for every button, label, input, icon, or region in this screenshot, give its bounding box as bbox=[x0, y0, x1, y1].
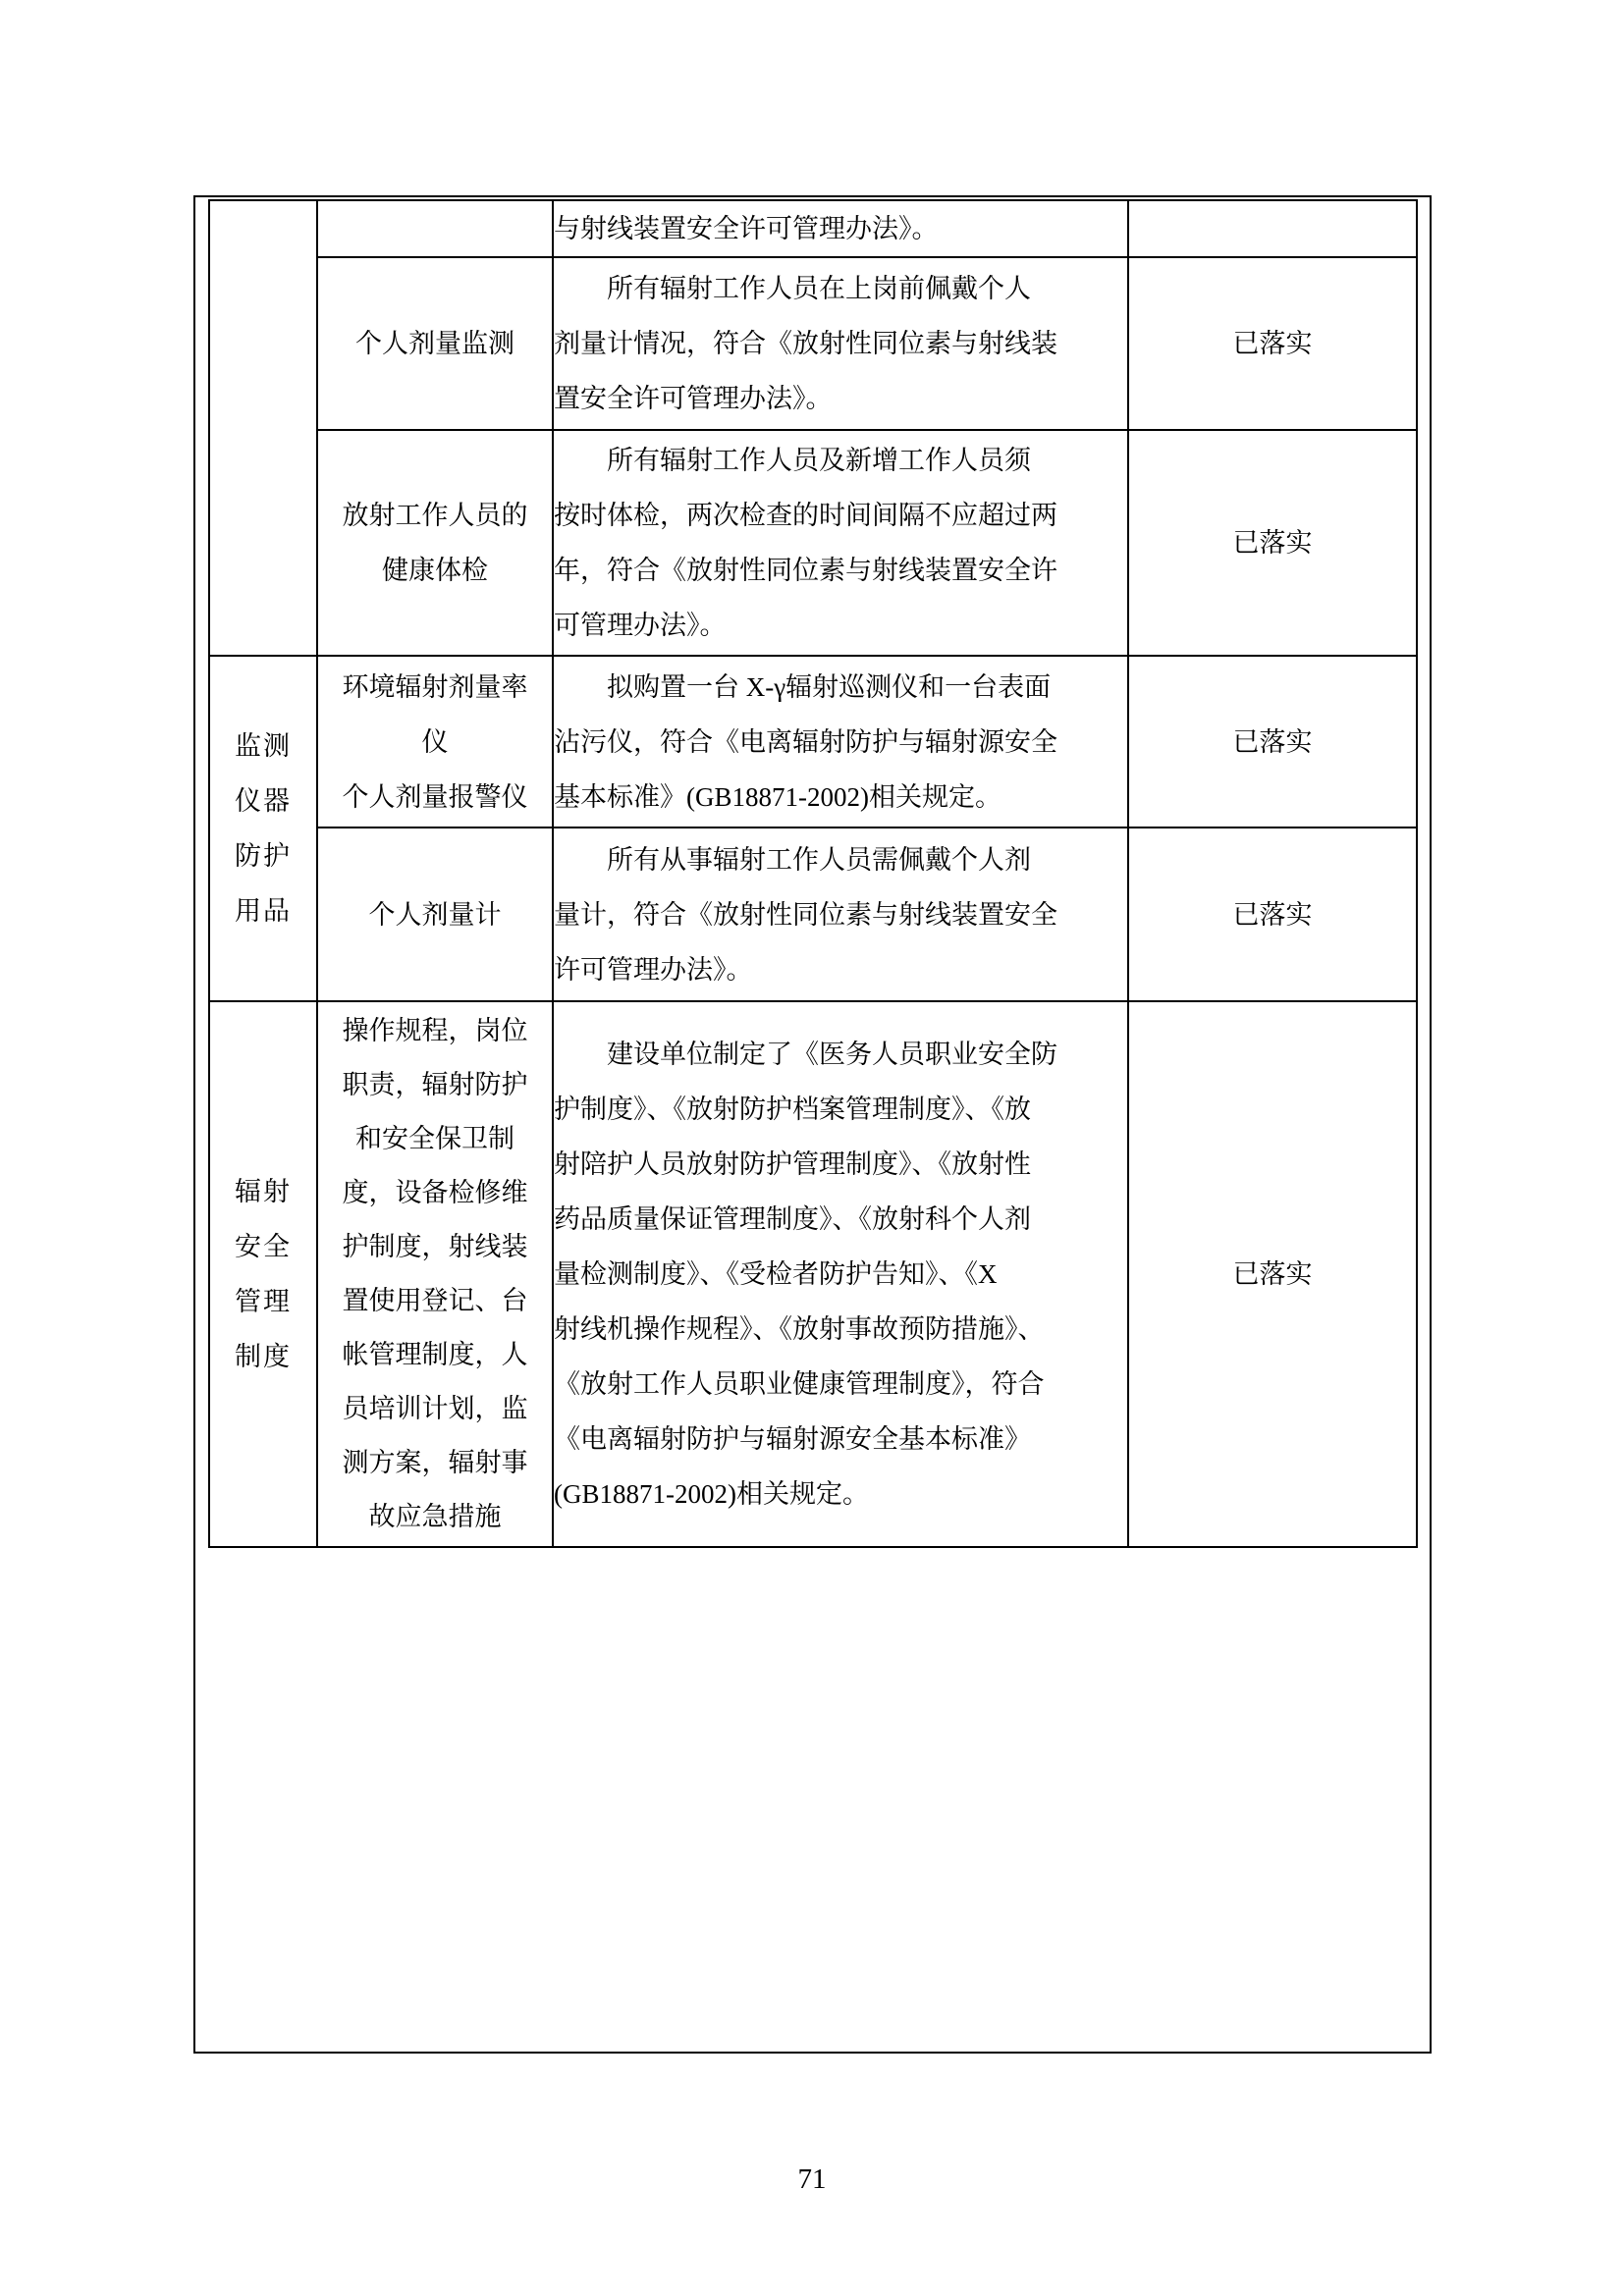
description-cell-personal-dose-monitoring: 所有辐射工作人员在上岗前佩戴个人 剂量计情况，符合《放射性同位素与射线装 置安全… bbox=[553, 257, 1128, 430]
table-row: 个人剂量计 所有从事辐射工作人员需佩戴个人剂 量计，符合《放射性同位素与射线装置… bbox=[209, 828, 1417, 1001]
description-cell-continuation: 与射线装置安全许可管理办法》。 bbox=[553, 200, 1128, 257]
description-cell-dose-rate-meter: 拟购置一台 X-γ辐射巡测仪和一台表面 沾污仪，符合《电离辐射防护与辐射源安全 … bbox=[553, 656, 1128, 828]
table-row: 辐射 安全 管理 制度 操作规程，岗位 职责，辐射防护 和安全保卫制 度，设备检… bbox=[209, 1001, 1417, 1547]
status-cell-operating-procedures: 已落实 bbox=[1128, 1001, 1417, 1547]
item-cell-personal-dose-monitoring: 个人剂量监测 bbox=[317, 257, 553, 430]
item-cell-continuation bbox=[317, 200, 553, 257]
table-row: 放射工作人员的 健康体检 所有辐射工作人员及新增工作人员须 按时体检，两次检查的… bbox=[209, 430, 1417, 656]
status-cell-personal-dose-monitoring: 已落实 bbox=[1128, 257, 1417, 430]
table-row: 监测 仪器 防护 用品 环境辐射剂量率 仪 个人剂量报警仪 拟购置一台 X-γ辐… bbox=[209, 656, 1417, 828]
status-cell-dose-rate-meter: 已落实 bbox=[1128, 656, 1417, 828]
status-cell-continuation bbox=[1128, 200, 1417, 257]
document-page: 与射线装置安全许可管理办法》。 个人剂量监测 所有辐射工作人员在上岗前佩戴个人 … bbox=[0, 0, 1624, 2296]
description-cell-personal-dosimeter: 所有从事辐射工作人员需佩戴个人剂 量计，符合《放射性同位素与射线装置安全 许可管… bbox=[553, 828, 1128, 1001]
status-cell-health-checkup: 已落实 bbox=[1128, 430, 1417, 656]
item-cell-personal-dosimeter: 个人剂量计 bbox=[317, 828, 553, 1001]
table-row: 与射线装置安全许可管理办法》。 bbox=[209, 200, 1417, 257]
table-row: 个人剂量监测 所有辐射工作人员在上岗前佩戴个人 剂量计情况，符合《放射性同位素与… bbox=[209, 257, 1417, 430]
category-cell-monitoring-equipment: 监测 仪器 防护 用品 bbox=[209, 656, 317, 1001]
page-number: 71 bbox=[0, 2163, 1624, 2196]
item-cell-operating-procedures: 操作规程，岗位 职责，辐射防护 和安全保卫制 度，设备检修维 护制度，射线装 置… bbox=[317, 1001, 553, 1547]
status-cell-personal-dosimeter: 已落实 bbox=[1128, 828, 1417, 1001]
description-cell-health-checkup: 所有辐射工作人员及新增工作人员须 按时体检，两次检查的时间间隔不应超过两 年，符… bbox=[553, 430, 1128, 656]
item-cell-health-checkup: 放射工作人员的 健康体检 bbox=[317, 430, 553, 656]
inspection-table: 与射线装置安全许可管理办法》。 个人剂量监测 所有辐射工作人员在上岗前佩戴个人 … bbox=[208, 199, 1418, 1548]
category-cell-blank bbox=[209, 200, 317, 656]
description-cell-operating-procedures: 建设单位制定了《医务人员职业安全防 护制度》、《放射防护档案管理制度》、《放 射… bbox=[553, 1001, 1128, 1547]
item-cell-dose-rate-meter: 环境辐射剂量率 仪 个人剂量报警仪 bbox=[317, 656, 553, 828]
category-cell-management-rules: 辐射 安全 管理 制度 bbox=[209, 1001, 317, 1547]
